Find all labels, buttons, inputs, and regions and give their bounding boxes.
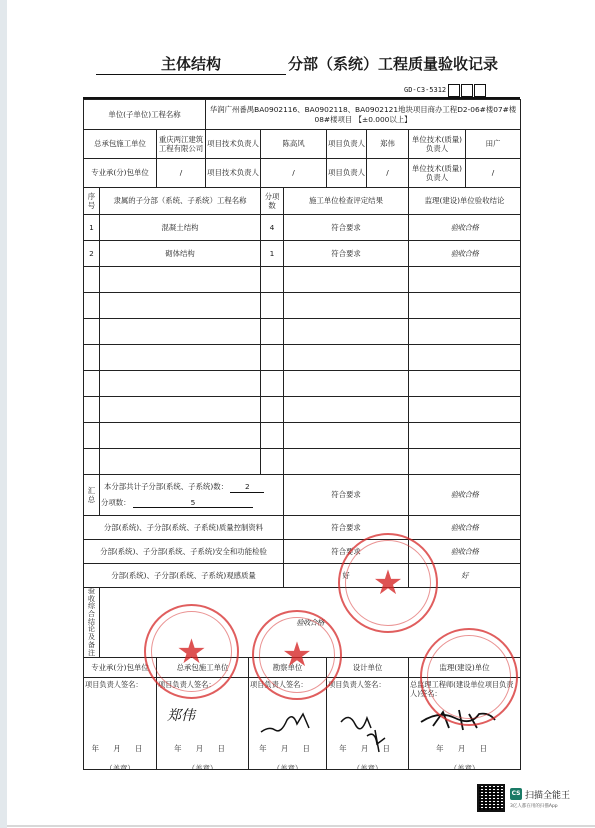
row-name <box>100 371 261 397</box>
tech-lead-value: 陈高风 <box>261 130 327 159</box>
cs-logo-icon: CS <box>510 788 522 800</box>
header-subdivision-name: 隶属的子分部（系统、子系统）工程名称 <box>100 188 261 215</box>
row-contractor-result <box>284 293 409 319</box>
sign-date: 年 月 日 <box>249 744 326 753</box>
overall-value: 验收合格 <box>100 588 521 658</box>
table-row <box>84 371 521 397</box>
item-count-line: 分项数： 5 <box>101 498 282 508</box>
row-name <box>100 345 261 371</box>
sign-label: 总监理工程师(建设单位项目负责人)签名： <box>410 680 519 698</box>
check-supervisor-conclusion: 验收合格 <box>409 516 521 540</box>
row-seq <box>84 319 100 345</box>
project-name-value: 华润广州番禺BA0902116、BA0902118、BA0902121地块项目商… <box>206 100 521 130</box>
signoff-cell-general: 项目负责人签名： 郑伟 年 月 日 （盖章） <box>157 678 249 770</box>
row-count: 1 <box>261 241 284 267</box>
row-contractor-result <box>284 397 409 423</box>
sign-date: 年 月 日 <box>84 744 156 753</box>
row-count: 4 <box>261 215 284 241</box>
handwritten-signature: 郑伟 <box>167 708 195 726</box>
summary-contractor-result: 符合要求 <box>284 475 409 516</box>
page-edge <box>7 825 595 827</box>
form-code-box <box>474 84 486 97</box>
row-seq <box>84 371 100 397</box>
check-contractor-result: 符合要求 <box>284 516 409 540</box>
subcontractor-value: / <box>157 159 206 188</box>
row-seq: 2 <box>84 241 100 267</box>
summary-row: 汇总 本分部共计子分部(系统、子系统)数： 2 分项数： 5 符合要求 验收合格 <box>84 475 521 516</box>
row-seq <box>84 293 100 319</box>
form-code-box <box>461 84 473 97</box>
row-contractor-result <box>284 267 409 293</box>
row-name: 混凝土结构 <box>100 215 261 241</box>
row-count <box>261 319 284 345</box>
table-row <box>84 423 521 449</box>
table-row <box>84 345 521 371</box>
signoff-unit-survey: 勘察单位 <box>249 658 327 678</box>
signoff-unit-supervisor: 监理(建设)单位 <box>409 658 521 678</box>
row-seq <box>84 423 100 449</box>
row-supervisor-conclusion <box>409 293 521 319</box>
sub-project-lead-label: 项目负责人 <box>327 159 367 188</box>
sign-seal: （盖章） <box>327 764 408 770</box>
form-code: GD-C3-5312 <box>404 83 486 97</box>
row-name <box>100 423 261 449</box>
row-supervisor-conclusion: 验收合格 <box>409 215 521 241</box>
row-contractor-result <box>284 371 409 397</box>
row-supervisor-conclusion: 验收合格 <box>409 241 521 267</box>
check-label: 分部(系统)、子分部(系统、子系统)质量控制资料 <box>84 516 284 540</box>
signoff-unit-sub: 专业承(分)包单位 <box>84 658 157 678</box>
row-seq: 1 <box>84 215 100 241</box>
handwritten-signature <box>259 708 319 744</box>
row-seq <box>84 345 100 371</box>
summary-label: 汇总 <box>84 475 100 516</box>
row-supervisor-conclusion <box>409 397 521 423</box>
table-row <box>84 267 521 293</box>
signoff-cell-survey: 项目负责人签名： 年 月 日 （盖章） <box>249 678 327 770</box>
sub-tech-lead-value: / <box>261 159 327 188</box>
sign-label: 项目负责人签名： <box>328 680 407 689</box>
check-row: 分部(系统)、子分部(系统、子系统)安全和功能检验 符合要求 验收合格 <box>84 540 521 564</box>
handwritten-signature <box>419 704 499 740</box>
check-row: 分部(系统)、子分部(系统、子系统)质量控制资料 符合要求 验收合格 <box>84 516 521 540</box>
check-label: 分部(系统)、子分部(系统、子系统)观感质量 <box>84 564 284 588</box>
general-contractor-label: 总承包施工单位 <box>84 130 157 159</box>
header-supervisor-conclusion: 监理(建设)单位验收结论 <box>409 188 521 215</box>
row-supervisor-conclusion <box>409 449 521 475</box>
sign-seal: （盖章） <box>84 764 156 770</box>
subcontractor-label: 专业承(分)包单位 <box>84 159 157 188</box>
row-contractor-result: 符合要求 <box>284 215 409 241</box>
sign-seal: （盖章） <box>157 764 248 770</box>
scanner-tagline: 3亿人都在用的扫描App <box>510 803 570 809</box>
row-count <box>261 449 284 475</box>
row-name <box>100 293 261 319</box>
item-count-value: 5 <box>133 498 253 508</box>
table-row <box>84 449 521 475</box>
summary-supervisor-conclusion: 验收合格 <box>409 475 521 516</box>
row-name: 砌体结构 <box>100 241 261 267</box>
sign-label: 项目负责人签名： <box>85 680 155 689</box>
header-item-count: 分项数 <box>261 188 284 215</box>
sub-unit-tech-quality-label: 单位技术(质量)负责人 <box>409 159 466 188</box>
check-contractor-result: 符合要求 <box>284 540 409 564</box>
project-name-row: 单位(子单位)工程名称 华润广州番禺BA0902116、BA0902118、BA… <box>84 100 521 130</box>
row-supervisor-conclusion <box>409 267 521 293</box>
row-contractor-result <box>284 319 409 345</box>
row-contractor-result: 符合要求 <box>284 241 409 267</box>
summary-counts: 本分部共计子分部(系统、子系统)数： 2 分项数： 5 <box>100 475 284 516</box>
signoff-cell-sub: 项目负责人签名： 年 月 日 （盖章） <box>84 678 157 770</box>
row-supervisor-conclusion <box>409 319 521 345</box>
row-supervisor-conclusion <box>409 371 521 397</box>
sign-date: 年 月 日 <box>157 744 248 753</box>
qr-code-icon <box>477 784 505 812</box>
row-supervisor-conclusion <box>409 423 521 449</box>
subcontractor-row: 专业承(分)包单位 / 项目技术负责人 / 项目负责人 / 单位技术(质量)负责… <box>84 159 521 188</box>
project-lead-label: 项目负责人 <box>327 130 367 159</box>
scanner-app-name: 扫描全能王 <box>525 788 570 801</box>
check-supervisor-conclusion: 验收合格 <box>409 540 521 564</box>
table-row <box>84 397 521 423</box>
scanner-watermark: CS 扫描全能王 3亿人都在用的扫描App <box>477 784 570 812</box>
scanner-brand: CS 扫描全能王 3亿人都在用的扫描App <box>510 788 570 809</box>
sub-unit-tech-quality-value: / <box>466 159 521 188</box>
signoff-body-row: 项目负责人签名： 年 月 日 （盖章） 项目负责人签名： 郑伟 年 月 日 （盖… <box>84 678 521 770</box>
row-supervisor-conclusion <box>409 345 521 371</box>
viewer-left-edge <box>0 0 7 828</box>
row-contractor-result <box>284 449 409 475</box>
signoff-unit-design: 设计单位 <box>327 658 409 678</box>
row-count <box>261 345 284 371</box>
table-row: 1 混凝土结构 4 符合要求 验收合格 <box>84 215 521 241</box>
row-name <box>100 449 261 475</box>
signoff-unit-general: 总承包施工单位 <box>157 658 249 678</box>
subdivision-count-label: 本分部共计子分部(系统、子系统)数： <box>104 482 228 491</box>
sub-tech-lead-label: 项目技术负责人 <box>206 159 261 188</box>
row-count <box>261 267 284 293</box>
project-lead-value: 郑伟 <box>367 130 409 159</box>
general-contractor-row: 总承包施工单位 重庆两江建筑工程有限公司 项目技术负责人 陈高风 项目负责人 郑… <box>84 130 521 159</box>
row-count <box>261 371 284 397</box>
row-count <box>261 293 284 319</box>
table-row <box>84 319 521 345</box>
sign-date: 年 月 日 <box>327 744 408 753</box>
document-title: 主体结构 分部（系统）工程质量验收记录 <box>96 54 516 78</box>
row-name <box>100 267 261 293</box>
row-contractor-result <box>284 423 409 449</box>
acceptance-record-table: 单位(子单位)工程名称 华润广州番禺BA0902116、BA0902118、BA… <box>83 99 521 770</box>
header-contractor-result: 施工单位检查评定结果 <box>284 188 409 215</box>
unit-tech-quality-label: 单位技术(质量)负责人 <box>409 130 466 159</box>
sign-date: 年 月 日 <box>409 744 520 753</box>
check-row: 分部(系统)、子分部(系统、子系统)观感质量 好 好 <box>84 564 521 588</box>
sign-seal: （盖章） <box>249 764 326 770</box>
sign-label: 项目负责人签名： <box>250 680 325 689</box>
row-seq <box>84 267 100 293</box>
row-count <box>261 397 284 423</box>
items-header-row: 序号 隶属的子分部（系统、子系统）工程名称 分项数 施工单位检查评定结果 监理(… <box>84 188 521 215</box>
signoff-cell-design: 项目负责人签名： 年 月 日 （盖章） <box>327 678 409 770</box>
tech-lead-label: 项目技术负责人 <box>206 130 261 159</box>
sub-project-lead-value: / <box>367 159 409 188</box>
subdivision-count-value: 2 <box>230 482 264 492</box>
overall-label: 验收综合结论及备注 <box>84 588 100 658</box>
project-name-label: 单位(子单位)工程名称 <box>84 100 206 130</box>
row-seq <box>84 397 100 423</box>
header-seq: 序号 <box>84 188 100 215</box>
signoff-cell-supervisor: 总监理工程师(建设单位项目负责人)签名： 年 月 日 （盖章） <box>409 678 521 770</box>
table-row <box>84 293 521 319</box>
check-label: 分部(系统)、子分部(系统、子系统)安全和功能检验 <box>84 540 284 564</box>
unit-tech-quality-value: 田广 <box>466 130 521 159</box>
signoff-header-row: 专业承(分)包单位 总承包施工单位 勘察单位 设计单位 监理(建设)单位 <box>84 658 521 678</box>
table-row: 2 砌体结构 1 符合要求 验收合格 <box>84 241 521 267</box>
title-division-name: 主体结构 <box>96 54 286 75</box>
subdivision-count-line: 本分部共计子分部(系统、子系统)数： 2 <box>101 482 282 492</box>
row-name <box>100 319 261 345</box>
general-contractor-value: 重庆两江建筑工程有限公司 <box>157 130 206 159</box>
row-name <box>100 397 261 423</box>
title-suffix: 分部（系统）工程质量验收记录 <box>288 54 498 74</box>
row-seq <box>84 449 100 475</box>
form-code-box <box>448 84 460 97</box>
check-contractor-result: 好 <box>284 564 409 588</box>
form-code-text: GD-C3-5312 <box>404 86 446 94</box>
sign-label: 项目负责人签名： <box>158 680 247 689</box>
overall-conclusion-row: 验收综合结论及备注 验收合格 <box>84 588 521 658</box>
sign-seal: （盖章） <box>409 764 520 770</box>
row-count <box>261 423 284 449</box>
check-supervisor-conclusion: 好 <box>409 564 521 588</box>
row-contractor-result <box>284 345 409 371</box>
item-count-label: 分项数： <box>101 498 131 507</box>
